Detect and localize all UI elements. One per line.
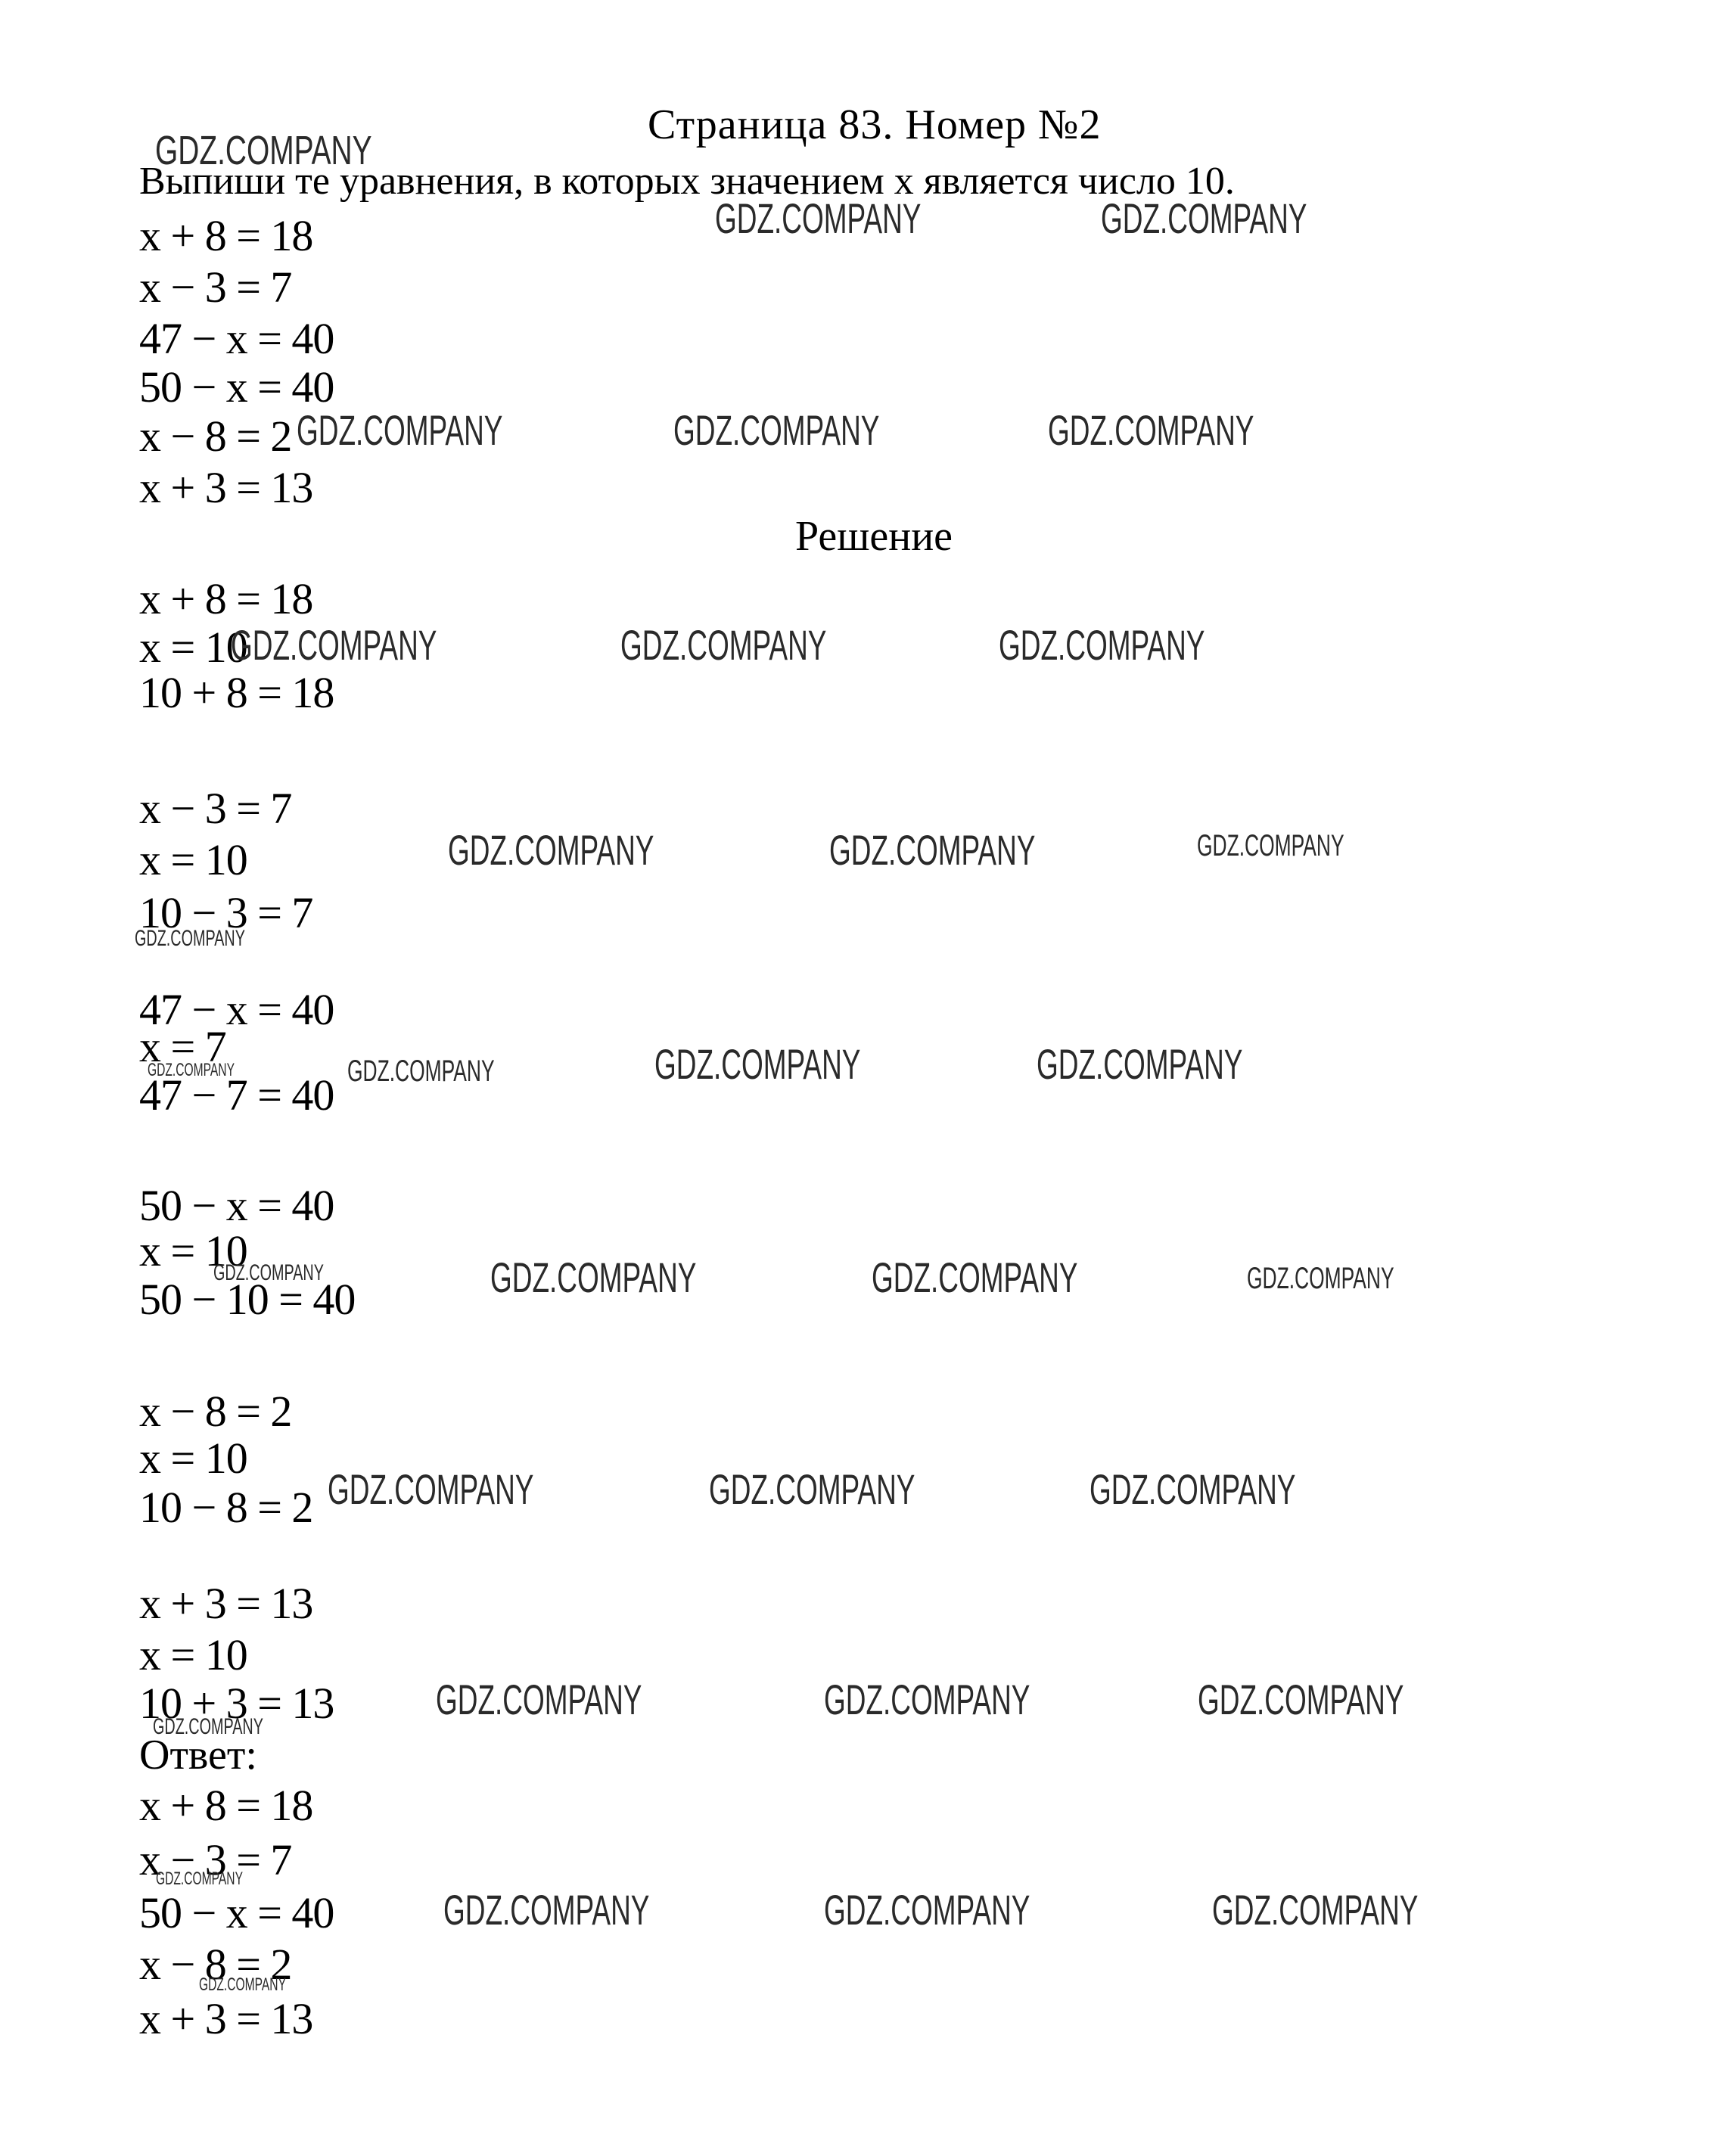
answer-line: x + 8 = 18 <box>139 1784 312 1828</box>
solution-equation: x − 8 = 2 <box>139 1390 291 1434</box>
gdz-watermark: GDZ.COMPANY <box>231 624 437 666</box>
gdz-watermark: GDZ.COMPANY <box>999 624 1205 666</box>
solution-check: 10 + 8 = 18 <box>139 671 334 715</box>
equation-line: x + 3 = 13 <box>139 466 312 510</box>
solution-root: x = 10 <box>139 838 247 882</box>
gdz-watermark: GDZ.COMPANY <box>872 1257 1077 1299</box>
gdz-watermark: GDZ.COMPANY <box>715 197 921 240</box>
solution-heading: Решение <box>795 515 953 558</box>
solution-check: 10 − 8 = 2 <box>139 1486 312 1530</box>
gdz-watermark: GDZ.COMPANY <box>148 1061 235 1080</box>
solution-equation: x + 3 = 13 <box>139 1582 312 1626</box>
equation-line: x − 3 = 7 <box>139 266 291 309</box>
worksheet-page: Страница 83. Номер №2 Выпиши те уравнени… <box>0 0 1719 2156</box>
gdz-watermark: GDZ.COMPANY <box>448 829 654 871</box>
solution-root: x = 10 <box>139 1633 247 1677</box>
equation-line: 47 − x = 40 <box>139 317 334 361</box>
gdz-watermark: GDZ.COMPANY <box>328 1468 533 1511</box>
gdz-watermark: GDZ.COMPANY <box>1037 1043 1242 1086</box>
gdz-watermark: GDZ.COMPANY <box>824 1679 1030 1721</box>
gdz-watermark: GDZ.COMPANY <box>1212 1889 1418 1931</box>
gdz-watermark: GDZ.COMPANY <box>156 1870 243 1888</box>
gdz-watermark: GDZ.COMPANY <box>153 1716 263 1738</box>
solution-root: x = 10 <box>139 1437 247 1480</box>
equation-line: x + 8 = 18 <box>139 214 312 258</box>
gdz-watermark: GDZ.COMPANY <box>436 1679 642 1721</box>
gdz-watermark: GDZ.COMPANY <box>347 1056 495 1086</box>
gdz-watermark: GDZ.COMPANY <box>824 1889 1030 1931</box>
answer-line: 50 − x = 40 <box>139 1891 334 1935</box>
answer-heading: Ответ: <box>139 1734 257 1776</box>
page-title: Страница 83. Номер №2 <box>648 104 1101 146</box>
gdz-watermark: GDZ.COMPANY <box>673 409 879 452</box>
solution-equation: x − 3 = 7 <box>139 787 291 831</box>
solution-equation: x + 8 = 18 <box>139 577 312 621</box>
gdz-watermark: GDZ.COMPANY <box>654 1043 860 1086</box>
gdz-watermark: GDZ.COMPANY <box>1101 197 1307 240</box>
equation-line: x − 8 = 2 <box>139 415 291 458</box>
gdz-watermark: GDZ.COMPANY <box>213 1262 324 1285</box>
gdz-watermark: GDZ.COMPANY <box>490 1257 696 1299</box>
solution-equation: 50 − x = 40 <box>139 1184 334 1228</box>
gdz-watermark: GDZ.COMPANY <box>1090 1468 1295 1511</box>
gdz-watermark: GDZ.COMPANY <box>1048 409 1254 452</box>
gdz-watermark: GDZ.COMPANY <box>829 829 1035 871</box>
answer-line: x + 3 = 13 <box>139 1997 312 2041</box>
gdz-watermark: GDZ.COMPANY <box>620 624 826 666</box>
gdz-watermark: GDZ.COMPANY <box>135 927 245 950</box>
gdz-watermark: GDZ.COMPANY <box>1197 831 1344 861</box>
gdz-watermark: GDZ.COMPANY <box>155 130 372 171</box>
gdz-watermark: GDZ.COMPANY <box>1247 1263 1394 1294</box>
equation-line: 50 − x = 40 <box>139 365 334 409</box>
gdz-watermark: GDZ.COMPANY <box>709 1468 915 1511</box>
gdz-watermark: GDZ.COMPANY <box>199 1976 286 1994</box>
gdz-watermark: GDZ.COMPANY <box>1198 1679 1403 1721</box>
gdz-watermark: GDZ.COMPANY <box>443 1889 649 1931</box>
gdz-watermark: GDZ.COMPANY <box>297 409 502 452</box>
